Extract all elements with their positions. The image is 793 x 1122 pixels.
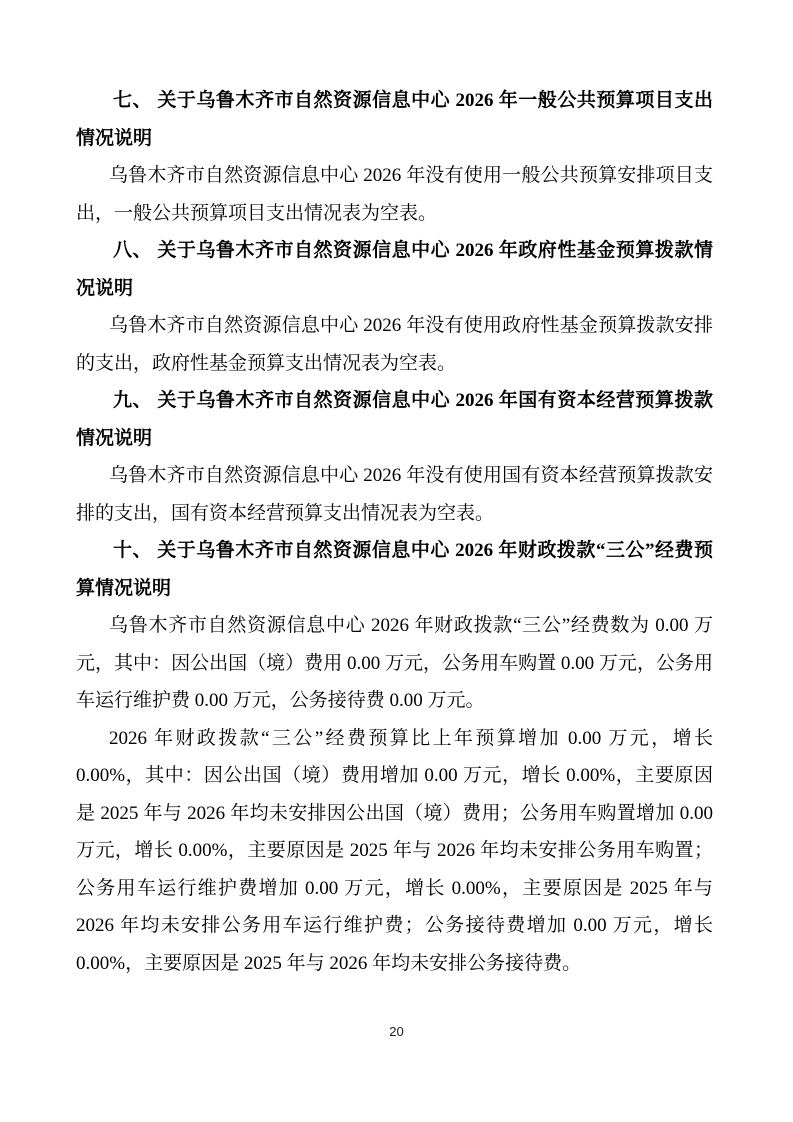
- section-7-heading: 七、 关于乌鲁木齐市自然资源信息中心 2026 年一般公共预算项目支出情况说明: [76, 82, 713, 157]
- section-9-heading: 九、 关于乌鲁木齐市自然资源信息中心 2026 年国有资本经营预算拨款情况说明: [76, 382, 713, 457]
- document-page: 七、 关于乌鲁木齐市自然资源信息中心 2026 年一般公共预算项目支出情况说明 …: [0, 0, 793, 1122]
- section-8-heading: 八、 关于乌鲁木齐市自然资源信息中心 2026 年政府性基金预算拨款情况说明: [76, 232, 713, 307]
- section-10-paragraph-1: 乌鲁木齐市自然资源信息中心 2026 年财政拨款“三公”经费数为 0.00 万元…: [76, 607, 713, 720]
- section-8-paragraph: 乌鲁木齐市自然资源信息中心 2026 年没有使用政府性基金预算拨款安排的支出，政…: [76, 307, 713, 382]
- section-10-paragraph-2: 2026 年财政拨款“三公”经费预算比上年预算增加 0.00 万元，增长 0.0…: [76, 720, 713, 983]
- section-9-paragraph: 乌鲁木齐市自然资源信息中心 2026 年没有使用国有资本经营预算拨款安排的支出，…: [76, 457, 713, 532]
- section-10-heading: 十、 关于乌鲁木齐市自然资源信息中心 2026 年财政拨款“三公”经费预算情况说…: [76, 532, 713, 607]
- section-7-paragraph: 乌鲁木齐市自然资源信息中心 2026 年没有使用一般公共预算安排项目支出，一般公…: [76, 157, 713, 232]
- document-content: 七、 关于乌鲁木齐市自然资源信息中心 2026 年一般公共预算项目支出情况说明 …: [76, 82, 713, 982]
- page-number: 20: [0, 1024, 793, 1039]
